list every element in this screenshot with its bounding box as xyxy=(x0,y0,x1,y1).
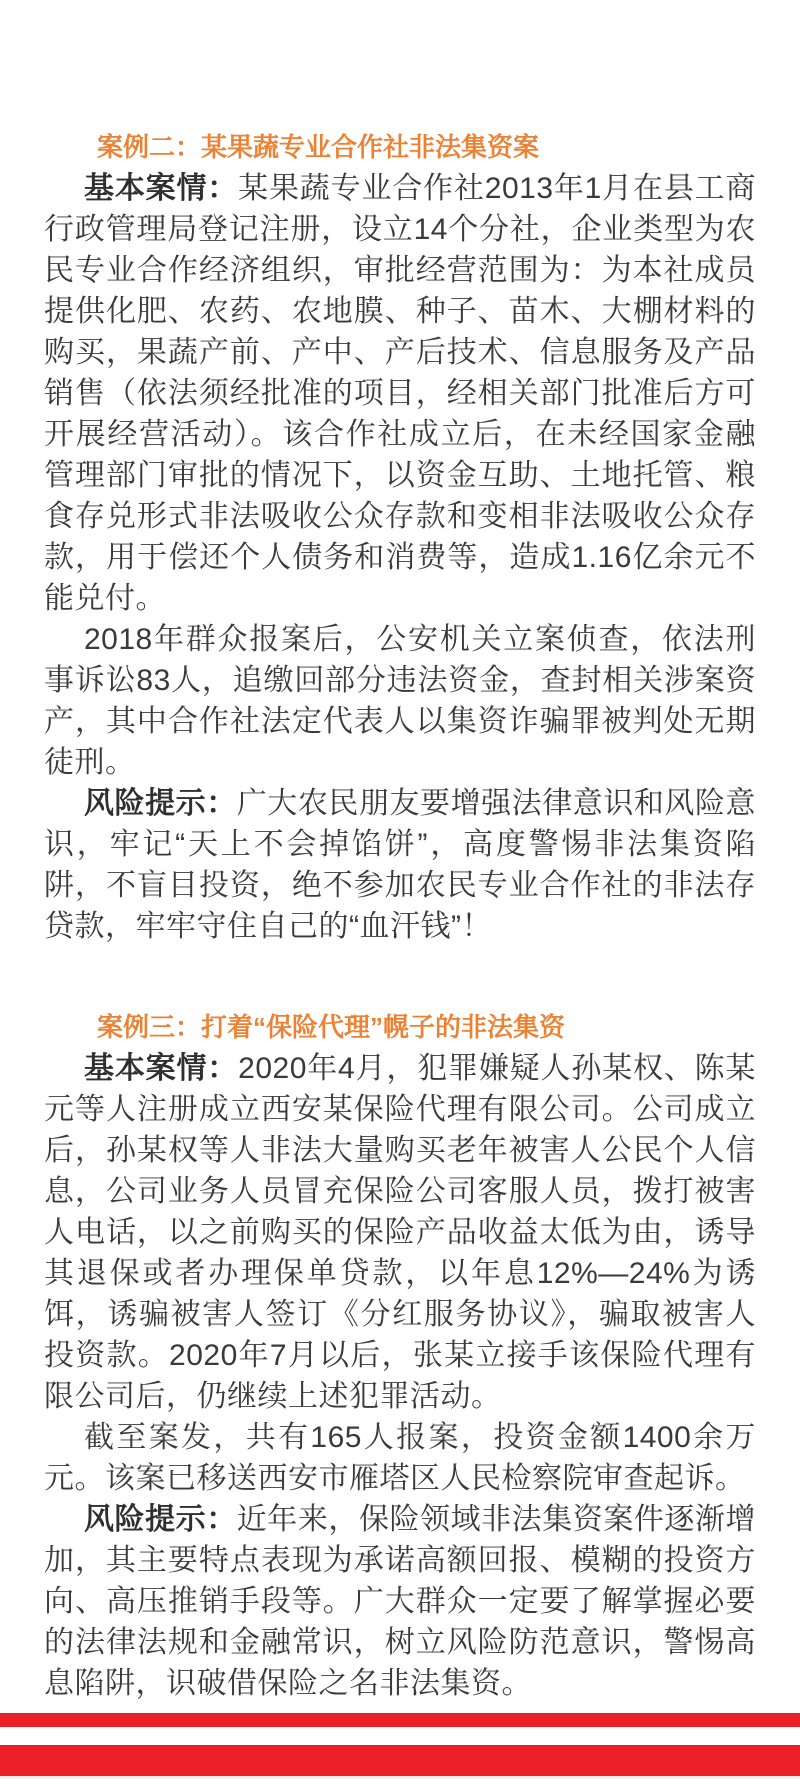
case2-heading: 案例二：某果蔬专业合作社非法集资案 xyxy=(44,127,756,168)
footer-stripe-thin xyxy=(0,1713,800,1727)
paragraph-lead-risk-tip: 风险提示： xyxy=(84,787,237,820)
poster-page: 案例二：某果蔬专业合作社非法集资案 基本案情：某果蔬专业合作社2013年1月在县… xyxy=(0,0,800,1779)
paragraph-lead-basic-facts: 基本案情： xyxy=(84,1052,238,1085)
paragraph-text: 截至案发，共有165人报案，投资金额1400余万元。该案已移送西安市雁塔区人民检… xyxy=(44,1421,756,1495)
case2-outcome-paragraph: 2018年群众报案后，公安机关立案侦查，依法刑事诉讼83人，追缴回部分违法资金，… xyxy=(44,619,756,783)
content-column: 案例二：某果蔬专业合作社非法集资案 基本案情：某果蔬专业合作社2013年1月在县… xyxy=(44,0,756,1704)
paragraph-text: 某果蔬专业合作社2013年1月在县工商行政管理局登记注册，设立14个分社，企业类… xyxy=(44,172,756,615)
paragraph-text: 2018年群众报案后，公安机关立案侦查，依法刑事诉讼83人，追缴回部分违法资金，… xyxy=(44,623,756,779)
case3-risk-paragraph: 风险提示：近年来，保险领域非法集资案件逐渐增加，其主要特点表现为承诺高额回报、模… xyxy=(44,1499,756,1704)
case3-outcome-paragraph: 截至案发，共有165人报案，投资金额1400余万元。该案已移送西安市雁塔区人民检… xyxy=(44,1417,756,1499)
case2-risk-paragraph: 风险提示：广大农民朋友要增强法律意识和风险意识，牢记“天上不会掉馅饼”，高度警惕… xyxy=(44,783,756,947)
footer-stripe-thick xyxy=(0,1745,800,1776)
case3-facts-paragraph: 基本案情：2020年4月，犯罪嫌疑人孙某权、陈某元等人注册成立西安某保险代理有限… xyxy=(44,1048,756,1417)
paragraph-lead-basic-facts: 基本案情： xyxy=(84,172,238,205)
case3-heading: 案例三：打着“保险代理”幌子的非法集资 xyxy=(44,1007,756,1048)
paragraph-lead-risk-tip: 风险提示： xyxy=(84,1503,237,1536)
paragraph-text: 2020年4月，犯罪嫌疑人孙某权、陈某元等人注册成立西安某保险代理有限公司。公司… xyxy=(44,1052,756,1413)
case2-facts-paragraph: 基本案情：某果蔬专业合作社2013年1月在县工商行政管理局登记注册，设立14个分… xyxy=(44,168,756,619)
